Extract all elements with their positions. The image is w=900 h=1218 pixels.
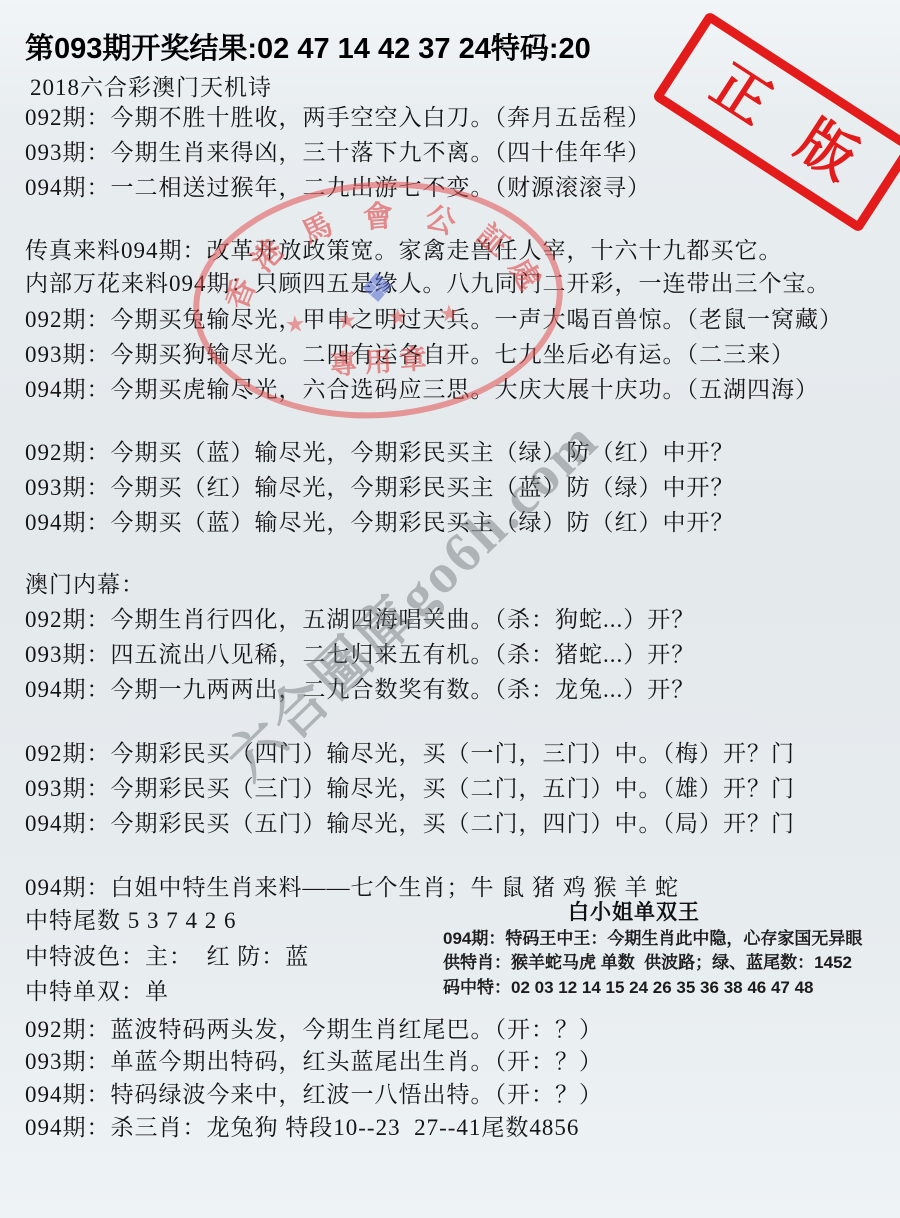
baijie-tail-numbers: 中特尾数 5 3 7 4 2 6: [25, 902, 237, 935]
door-tip-092: 092期：今期彩民买（四门）输尽光，买（一门，三门）中。（梅）开？门: [25, 735, 795, 768]
color-tip-092: 092期：今期买（蓝）输尽光，今期彩民买主（绿）防（红）中开？: [25, 434, 735, 467]
result-title: 第093期开奖结果:02 47 14 42 37 24特码:20: [25, 26, 591, 67]
bottom-kill-line: 094期：杀三肖：龙兔狗 特段10--23 27--41尾数4856: [25, 1109, 579, 1142]
poem-line-092: 092期：今期不胜十胜收，两手空空入白刀。（奔月五岳程）: [25, 99, 651, 132]
genuine-stamp-char-2: 版: [788, 111, 865, 188]
baijie-dan-shuang: 中特单双：单: [25, 973, 169, 1006]
door-tip-093: 093期：今期彩民买（三门）输尽光，买（二门，五门）中。（雄）开？门: [25, 770, 795, 803]
neimu-heading: 澳门内幕：: [25, 566, 145, 599]
door-tip-094: 094期：今期彩民买（五门）输尽光，买（二门，四门）中。（局）开？门: [25, 805, 795, 838]
color-tip-094: 094期：今期买（蓝）输尽光，今期彩民买主（绿）防（红）中开？: [25, 504, 735, 537]
seal-arc-char: 証: [469, 211, 520, 264]
color-tip-093: 093期：今期买（红）输尽光，今期彩民买主（蓝）防（绿）中开？: [25, 469, 735, 502]
seal-arc-char: 公: [420, 192, 462, 243]
baixiaojie-line-3: 码中特：02 03 12 14 15 24 26 35 36 38 46 47 …: [443, 973, 814, 998]
bottom-tip-094: 094期：特码绿波今来中，红波一八悟出特。（开：？）: [25, 1076, 603, 1109]
bottom-tip-093: 093期：单蓝今期出特码，红头蓝尾出生肖。（开：？）: [25, 1043, 603, 1076]
seal-arc-char: 港: [239, 228, 292, 280]
poem-section-heading: 2018六合彩澳门天机诗: [30, 69, 272, 102]
genuine-stamp-char-1: 正: [702, 55, 779, 132]
baijie-wave-color: 中特波色：主： 红 防：蓝: [25, 938, 309, 971]
seal-arc-char: 馬: [293, 200, 339, 253]
seal-bottom-text: 專用章: [328, 336, 435, 382]
seal-arc-char: 會: [361, 191, 394, 237]
lottery-sheet-page: 第093期开奖结果:02 47 14 42 37 24特码:20 2018六合彩…: [0, 0, 900, 1218]
seal-arc-char: 香: [212, 271, 264, 315]
genuine-stamp: 正 版: [652, 11, 900, 233]
baixiaojie-line-2: 供特肖：猴羊蛇马虎 单数 供波路；绿、蓝尾数：1452: [443, 948, 852, 973]
seal-arc-char: 處: [501, 249, 554, 297]
poem-line-093: 093期：今期生肖来得凶，三十落下九不离。（四十佳年华）: [25, 134, 651, 167]
baixiaojie-heading: 白小姐单双王: [568, 896, 700, 926]
bottom-tip-092: 092期：蓝波特码两头发，今期生肖红尾巴。（开：？）: [25, 1011, 603, 1044]
seal-stars-icon: ★ ★ ★ ★: [285, 299, 473, 337]
baixiaojie-line-1: 094期：特码王中王：今期生肖此中隐，心存家国无异眼: [443, 924, 862, 949]
